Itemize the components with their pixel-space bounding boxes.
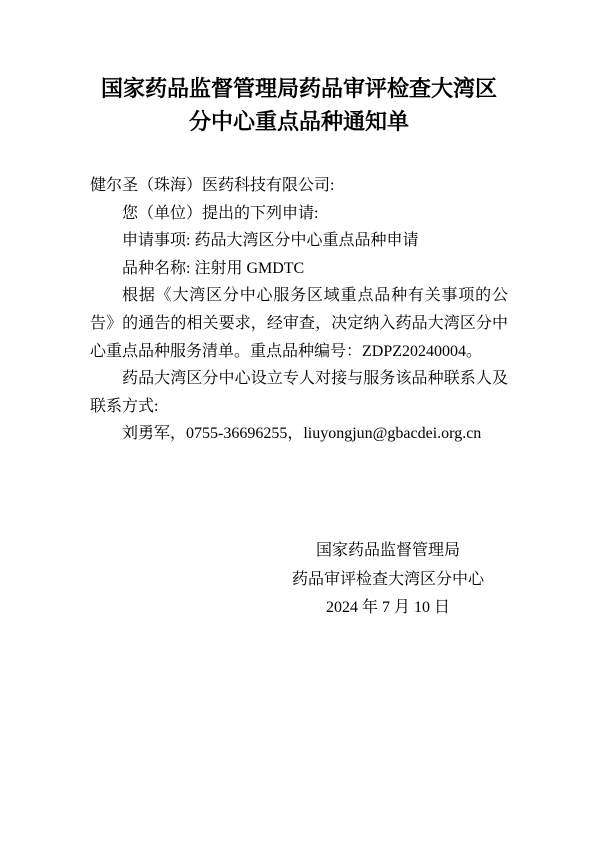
- signature-block: 国家药品监督管理局 药品审评检查大湾区分中心 2024 年 7 月 10 日: [268, 537, 508, 623]
- document-body: 健尔圣（珠海）医药科技有限公司: 您（单位）提出的下列申请: 申请事项: 药品大…: [90, 172, 508, 448]
- signature-org-line-2: 药品审评检查大湾区分中心: [268, 566, 508, 595]
- decision-paragraph: 根据《大湾区分中心服务区域重点品种有关事项的公告》的通告的相关要求，经审查，决定…: [90, 282, 508, 365]
- recipient-line: 健尔圣（珠海）医药科技有限公司:: [90, 172, 508, 200]
- contact-intro-paragraph: 药品大湾区分中心设立专人对接与服务该品种联系人及联系方式:: [90, 365, 508, 420]
- document-title: 国家药品监督管理局药品审评检查大湾区 分中心重点品种通知单: [90, 72, 508, 138]
- signature-date: 2024 年 7 月 10 日: [268, 594, 508, 623]
- contact-info-line: 刘勇军，0755-36696255，liuyongjun@gbacdei.org…: [90, 420, 508, 448]
- document-title-line-1: 国家药品监督管理局药品审评检查大湾区: [90, 72, 508, 105]
- document-title-line-2: 分中心重点品种通知单: [90, 105, 508, 138]
- application-intro-line: 您（单位）提出的下列申请:: [90, 200, 508, 228]
- document-page: 国家药品监督管理局药品审评检查大湾区 分中心重点品种通知单 健尔圣（珠海）医药科…: [0, 0, 595, 841]
- application-item-line: 申请事项: 药品大湾区分中心重点品种申请: [90, 227, 508, 255]
- variety-name-line: 品种名称: 注射用 GMDTC: [90, 255, 508, 283]
- signature-org-line-1: 国家药品监督管理局: [268, 537, 508, 566]
